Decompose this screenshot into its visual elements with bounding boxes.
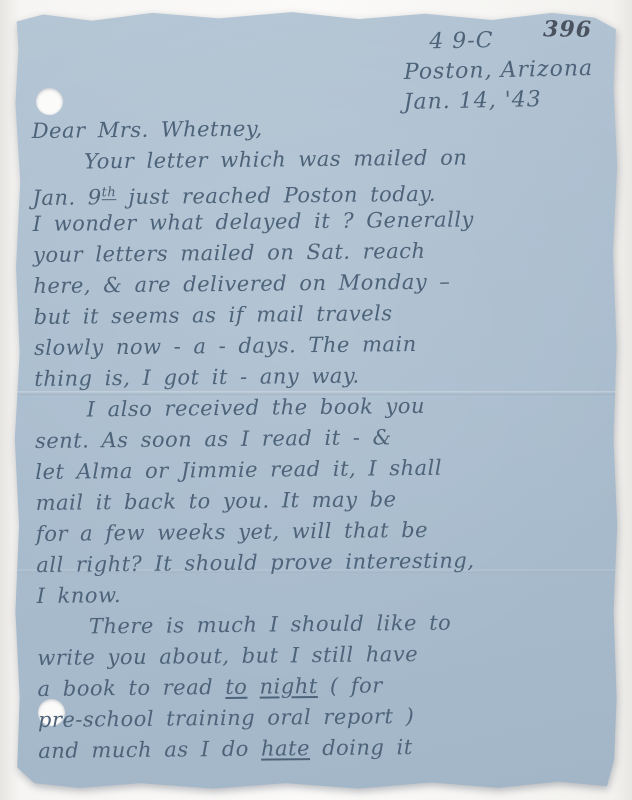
- header-place: Poston, Arizona: [403, 54, 594, 88]
- letter-body: Dear Mrs. Whetney,Your letter which was …: [32, 110, 609, 767]
- punch-hole-top-icon: [36, 88, 63, 115]
- letter-paper: 4 9-C 396 Poston, Arizona Jan. 14, '43 D…: [13, 9, 619, 791]
- header-file-number: 4 9-C: [429, 28, 494, 54]
- scan-background: 4 9-C 396 Poston, Arizona Jan. 14, '43 D…: [0, 0, 632, 800]
- header-page-number: 396: [543, 14, 592, 45]
- header-line-1: 4 9-C 396: [402, 23, 593, 58]
- letter-paper-surface: 4 9-C 396 Poston, Arizona Jan. 14, '43 D…: [13, 9, 619, 791]
- letter-line: and much as I do hate doing it: [38, 730, 608, 767]
- letter-header: 4 9-C 396 Poston, Arizona Jan. 14, '43: [402, 23, 594, 118]
